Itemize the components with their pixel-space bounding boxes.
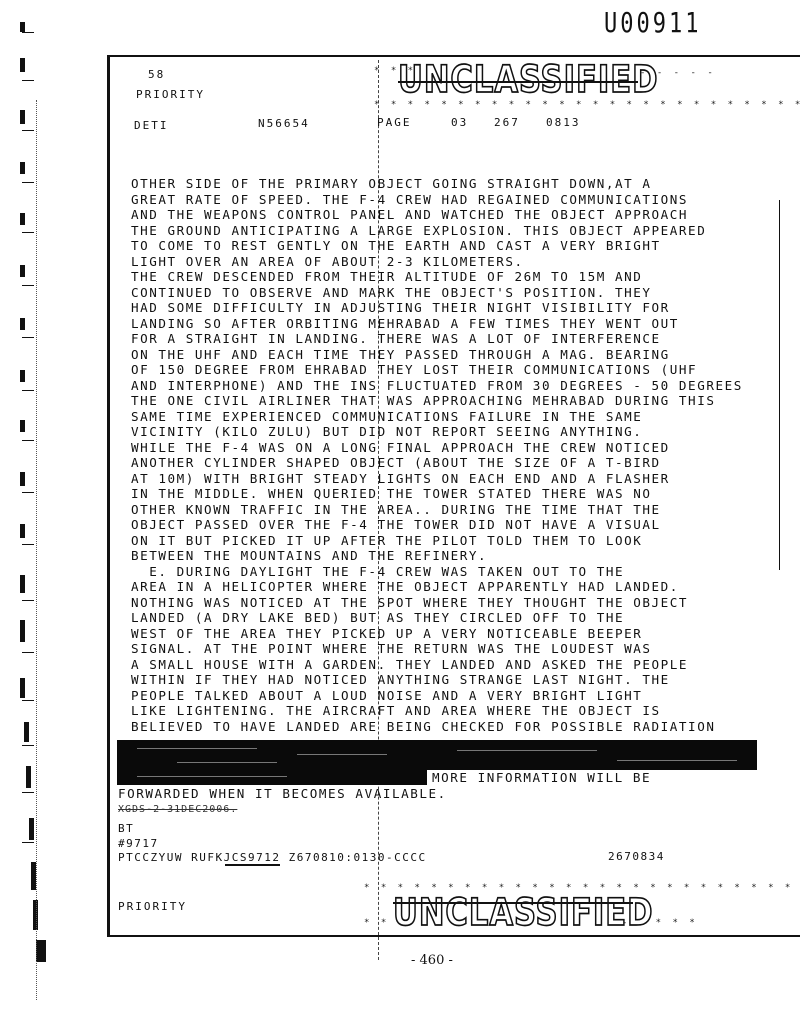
body-line: BELIEVED TO HAVE LANDED ARE BEING CHECKE…: [131, 719, 791, 735]
declassification-line-struck: XGDS-2-31DEC2006.: [118, 804, 237, 815]
body-line: LIKE LIGHTENING. THE AIRCRAFT AND AREA W…: [131, 703, 791, 719]
routing-line: PTCCZYUW RUFKJCS9712 Z670810:0130-CCCC: [118, 851, 427, 864]
message-number: N56654: [258, 117, 310, 130]
body-line: PEOPLE TALKED ABOUT A LOUD NOISE AND A V…: [131, 688, 791, 704]
body-line: IN THE MIDDLE. WHEN QUERIED THE TOWER ST…: [131, 486, 791, 502]
precedence: PRIORITY: [136, 88, 205, 101]
closing-line: FORWARDED WHEN IT BECOMES AVAILABLE.: [118, 786, 447, 801]
message-body: OTHER SIDE OF THE PRIMARY OBJECT GOING S…: [131, 176, 791, 734]
body-line: ANOTHER CYLINDER SHAPED OBJECT (ABOUT TH…: [131, 455, 791, 471]
message-id: #9717: [118, 837, 159, 850]
body-line: LIGHT OVER AN AREA OF ABOUT 2-3 KILOMETE…: [131, 254, 791, 270]
redaction-block: [117, 740, 757, 770]
routing-underline: [225, 864, 280, 866]
body-line: TO COME TO REST GENTLY ON THE EARTH AND …: [131, 238, 791, 254]
body-line: THE GROUND ANTICIPATING A LARGE EXPLOSIO…: [131, 223, 791, 239]
body-line: LANDED (A DRY LAKE BED) BUT AS THEY CIRC…: [131, 610, 791, 626]
body-line: VICINITY (KILO ZULU) BUT DID NOT REPORT …: [131, 424, 791, 440]
body-line: OF 150 DEGREE FROM EHRABAD THEY LOST THE…: [131, 362, 791, 378]
body-line: BETWEEN THE MOUNTAINS AND THE REFINERY.: [131, 548, 791, 564]
body-line: E. DURING DAYLIGHT THE F-4 CREW WAS TAKE…: [131, 564, 791, 580]
body-line: GREAT RATE OF SPEED. THE F-4 CREW HAD RE…: [131, 192, 791, 208]
page-ref: 267: [494, 116, 520, 129]
body-line: HAD SOME DIFFICULTY IN ADJUSTING THEIR N…: [131, 300, 791, 316]
body-line: SAME TIME EXPERIENCED COMMUNICATIONS FAI…: [131, 409, 791, 425]
body-line: CONTINUED TO OBSERVE AND MARK THE OBJECT…: [131, 285, 791, 301]
body-line: THE CREW DESCENDED FROM THEIR ALTITUDE O…: [131, 269, 791, 285]
page-number: 03: [451, 116, 468, 129]
binder-edge-marks: [0, 0, 60, 1014]
line-code: 58: [148, 68, 165, 81]
body-line: LANDING SO AFTER ORBITING MEHRABAD A FEW…: [131, 316, 791, 332]
body-line: OTHER SIDE OF THE PRIMARY OBJECT GOING S…: [131, 176, 791, 192]
body-line: OBJECT PASSED OVER THE F-4 THE TOWER DID…: [131, 517, 791, 533]
body-line: WITHIN IF THEY HAD NOTICED ANYTHING STRA…: [131, 672, 791, 688]
page-time: 0813: [546, 116, 581, 129]
document-serial-number: U00911: [604, 8, 701, 39]
body-line: AND INTERPHONE) AND THE INS FLUCTUATED F…: [131, 378, 791, 394]
page-label: PAGE: [377, 116, 412, 129]
page-number-footer: - 460 -: [411, 953, 453, 968]
body-line: OTHER KNOWN TRAFFIC IN THE AREA.. DURING…: [131, 502, 791, 518]
break-marker: BT: [118, 822, 134, 835]
more-info-text: MORE INFORMATION WILL BE: [432, 770, 651, 785]
body-line: AND THE WEAPONS CONTROL PANEL AND WATCHE…: [131, 207, 791, 223]
classification-stamp-bottom: UNCLASSIFIED: [393, 893, 633, 933]
date-time-group: 2670834: [608, 850, 665, 863]
body-line: AREA IN A HELICOPTER WHERE THE OBJECT AP…: [131, 579, 791, 595]
classification-stamp-top: UNCLASSIFIED: [398, 60, 638, 100]
redaction-block-lower: [117, 770, 427, 785]
body-line: WEST OF THE AREA THEY PICKED UP A VERY N…: [131, 626, 791, 642]
body-line: AT 10M) WITH BRIGHT STEADY LIGHTS ON EAC…: [131, 471, 791, 487]
frame-bottom-rule: [107, 935, 800, 937]
footer-precedence: PRIORITY: [118, 900, 187, 913]
routing-indicator: DETI: [134, 119, 169, 132]
body-line: THE ONE CIVIL AIRLINER THAT WAS APPROACH…: [131, 393, 791, 409]
body-line: NOTHING WAS NOTICED AT THE SPOT WHERE TH…: [131, 595, 791, 611]
body-line: WHILE THE F-4 WAS ON A LONG FINAL APPROA…: [131, 440, 791, 456]
body-line: FOR A STRAIGHT IN LANDING. THERE WAS A L…: [131, 331, 791, 347]
body-line: SIGNAL. AT THE POINT WHERE THE RETURN WA…: [131, 641, 791, 657]
body-line: ON THE UHF AND EACH TIME THEY PASSED THR…: [131, 347, 791, 363]
body-line: A SMALL HOUSE WITH A GARDEN. THEY LANDED…: [131, 657, 791, 673]
body-line: ON IT BUT PICKED IT UP AFTER THE PILOT T…: [131, 533, 791, 549]
